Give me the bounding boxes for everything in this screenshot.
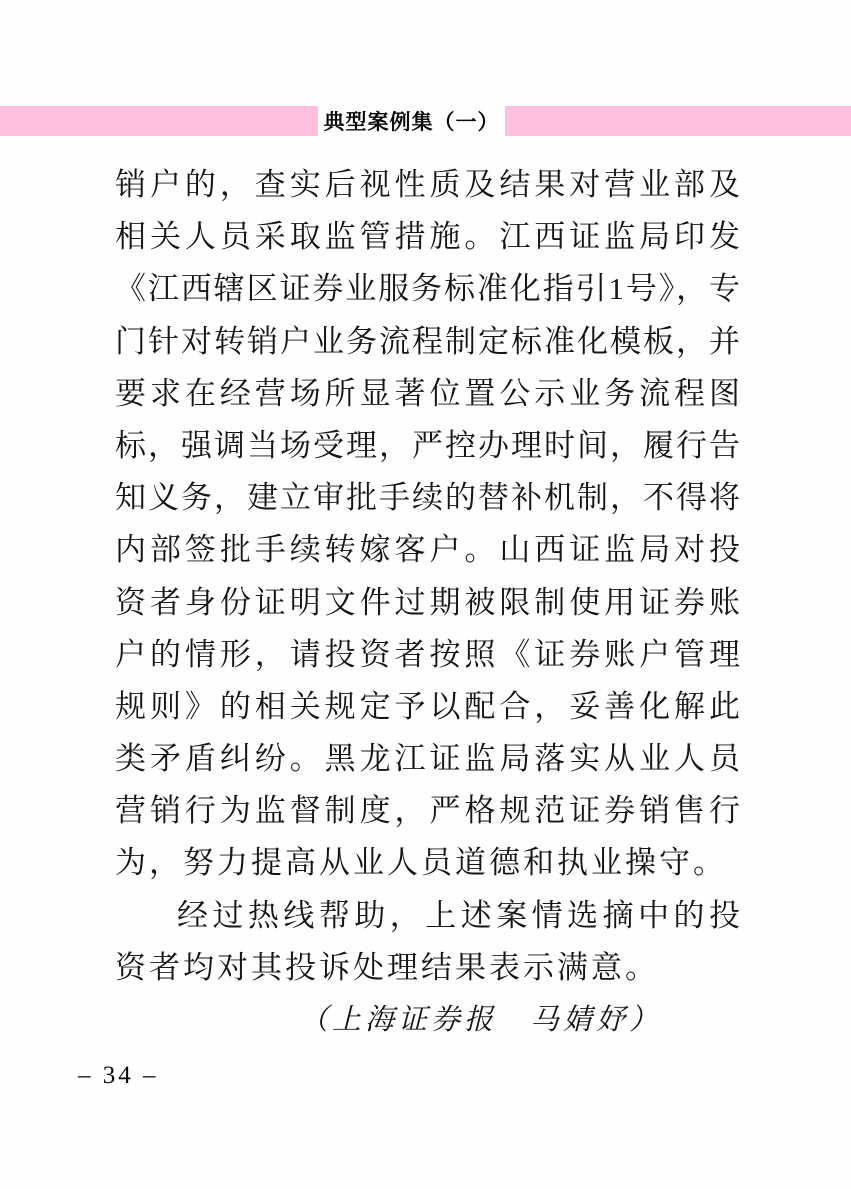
body-text-block: 销户的，查实后视性质及结果对营业部及 相关人员采取监管措施。江西证监局印发 《江… [115, 159, 740, 1046]
body-line: 标，强调当场受理，严控办理时间，履行告 [115, 420, 740, 472]
body-line: 类矛盾纠纷。黑龙江证监局落实从业人员 [115, 733, 740, 785]
body-line: 为，努力提高从业人员道德和执业操守。 [115, 837, 740, 889]
body-line: 销户的，查实后视性质及结果对营业部及 [115, 159, 740, 211]
body-line: 资者身份证明文件过期被限制使用证券账 [115, 577, 740, 629]
header-band-right-stripe [505, 106, 851, 136]
body-line: 营销行为监督制度，严格规范证券销售行 [115, 785, 740, 837]
body-line: 《江西辖区证券业服务标准化指引1号》，专 [115, 263, 740, 315]
book-page: 典型案例集（一） 销户的，查实后视性质及结果对营业部及 相关人员采取监管措施。江… [0, 0, 851, 1189]
body-line: 规则》的相关规定予以配合，妥善化解此 [115, 681, 740, 733]
running-header-title: 典型案例集（一） [324, 106, 500, 136]
page-number: – 34 – [78, 1062, 159, 1090]
header-band: 典型案例集（一） [0, 106, 851, 136]
header-band-left-stripe [0, 106, 318, 136]
body-line: 户的情形，请投资者按照《证券账户管理 [115, 629, 740, 681]
body-line: 知义务，建立审批手续的替补机制，不得将 [115, 472, 740, 524]
attribution-line: （上海证券报 马婧妤） [115, 994, 740, 1046]
body-line: 资者均对其投诉处理结果表示满意。 [115, 942, 740, 994]
body-line: 门针对转销户业务流程制定标准化模板，并 [115, 316, 740, 368]
body-line: 经过热线帮助，上述案情选摘中的投 [115, 890, 740, 942]
body-line: 要求在经营场所显著位置公示业务流程图 [115, 368, 740, 420]
body-line: 内部签批手续转嫁客户。山西证监局对投 [115, 524, 740, 576]
body-line: 相关人员采取监管措施。江西证监局印发 [115, 211, 740, 263]
header-title-area: 典型案例集（一） [318, 106, 505, 136]
